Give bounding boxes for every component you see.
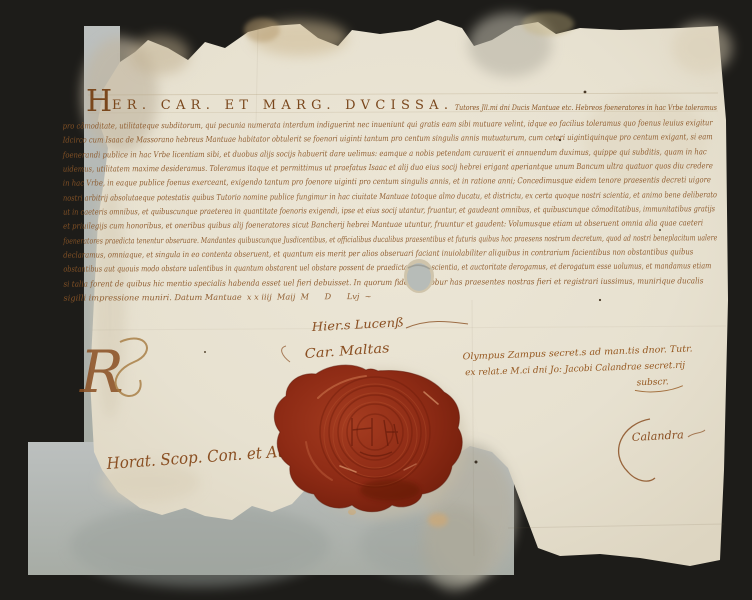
stain [672,22,732,74]
secretary-note-subscripsit: subscr. [637,377,669,388]
parchment-hole [404,259,434,293]
backing-shading [70,503,330,587]
seal-dark-drip [360,479,420,501]
speck [599,299,601,301]
heading-continuation: Tutores Jll.mi dni Ducis Mantuae etc. He… [455,103,717,112]
speck [475,461,478,464]
calandra-name: Calandra [631,428,684,444]
speck [659,229,661,231]
body-line-dateline: sigilli impressione muniri. Datum Mantua… [63,292,371,303]
monogram-letter: R [79,338,124,406]
stain [244,18,280,42]
speck [584,91,587,94]
document-photo: H ER. CAR. ET MARG. DVCISSA. Tutores Jll… [0,0,752,600]
heading-initial: H [86,84,112,119]
stain [522,12,574,36]
speck [204,351,206,353]
stain-spot [428,513,448,527]
photo-frame: H ER. CAR. ET MARG. DVCISSA. Tutores Jll… [0,0,752,600]
stain [130,35,190,75]
